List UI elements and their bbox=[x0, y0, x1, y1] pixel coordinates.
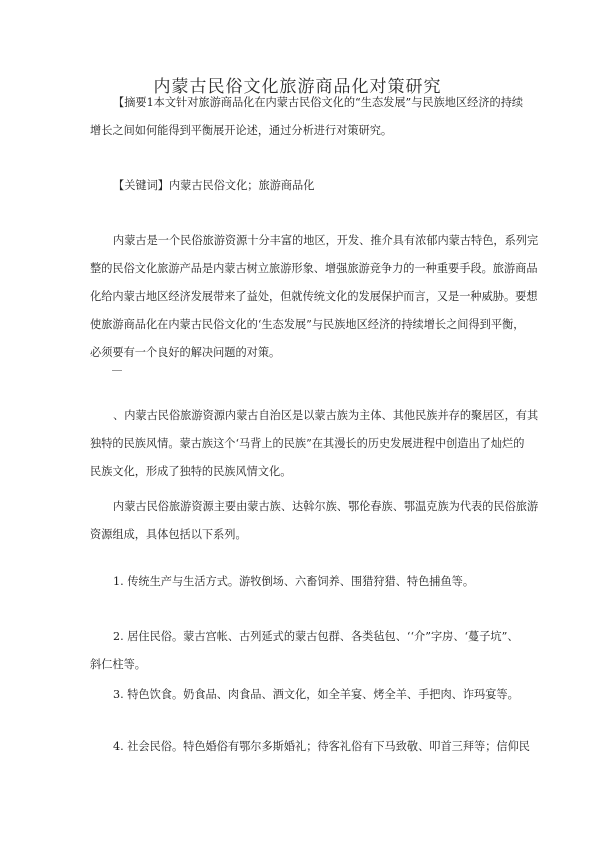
intro-line-3: 化给内蒙古地区经济发展带来了益处，但就传统文化的发展保护而言，又是一种威胁。要想 bbox=[90, 290, 510, 304]
list-item-2-line-1: 2. 居住民俗。蒙古宫帐、古列延式的蒙古包群、各类毡包、‘‘介”字房、‘蔓子坑”… bbox=[113, 630, 533, 644]
intro-line-4: 使旅游商品化在内蒙古民俗文化的‘生态发展”与民族地区经济的持续增长之间得到平衡， bbox=[90, 318, 510, 332]
document-page: 内蒙古民俗文化旅游商品化对策研究 【摘要1本文针对旅游商品化在内蒙古民俗文化的“… bbox=[0, 0, 595, 842]
list-item-4: 4. 社会民俗。特色婚俗有鄂尔多斯婚礼；待客礼俗有下马致敬、叩首三拜等；信仰民 bbox=[113, 740, 533, 754]
list-item-2-line-2: 斜仁柱等。 bbox=[90, 658, 510, 672]
section-line-3: 民族文化，形成了独特的民族风情文化。 bbox=[90, 465, 510, 479]
intro-line-1: 内蒙古是一个民俗旅游资源十分丰富的地区，开发、推介具有浓郁内蒙古特色，系列完 bbox=[113, 234, 533, 248]
list-item-1: 1. 传统生产与生活方式。游牧倒场、六畜饲养、围猎狩猎、特色捕鱼等。 bbox=[113, 575, 533, 589]
intro-line-2: 整的民俗文化旅游产品是内蒙古树立旅游形象、增强旅游竞争力的一种重要手段。旅游商品 bbox=[90, 262, 510, 276]
section-line-2: 独特的民族风情。蒙古族这个‘马背上的民族”在其漫长的历史发展进程中创造出了灿烂的 bbox=[90, 437, 510, 451]
resources-line-1: 内蒙古民俗旅游资源主要由蒙古族、达斡尔族、鄂伦春族、鄂温克族为代表的民俗旅游 bbox=[113, 500, 533, 514]
resources-line-2: 资源组成，具体包括以下系列。 bbox=[90, 528, 510, 542]
abstract-line-2: 增长之间如何能得到平衡展开论述，通过分析进行对策研究。 bbox=[90, 124, 510, 138]
intro-line-5: 必须要有一个良好的解决问题的对策。 bbox=[90, 346, 510, 360]
page-title: 内蒙古民俗文化旅游商品化对策研究 bbox=[0, 72, 595, 97]
abstract-line-1: 【摘要1本文针对旅游商品化在内蒙古民俗文化的“生态发展”与民族地区经济的持续 bbox=[113, 96, 533, 110]
keywords: 【关键词】内蒙古民俗文化；旅游商品化 bbox=[113, 179, 533, 193]
list-item-3: 3. 特色饮食。奶食品、肉食品、酒文化，如全羊宴、烤全羊、手把肉、诈玛宴等。 bbox=[113, 688, 533, 702]
section-marker bbox=[112, 370, 122, 371]
section-line-1: 、内蒙古民俗旅游资源内蒙古自治区是以蒙古族为主体、其他民族并存的聚居区，有其 bbox=[113, 409, 533, 423]
